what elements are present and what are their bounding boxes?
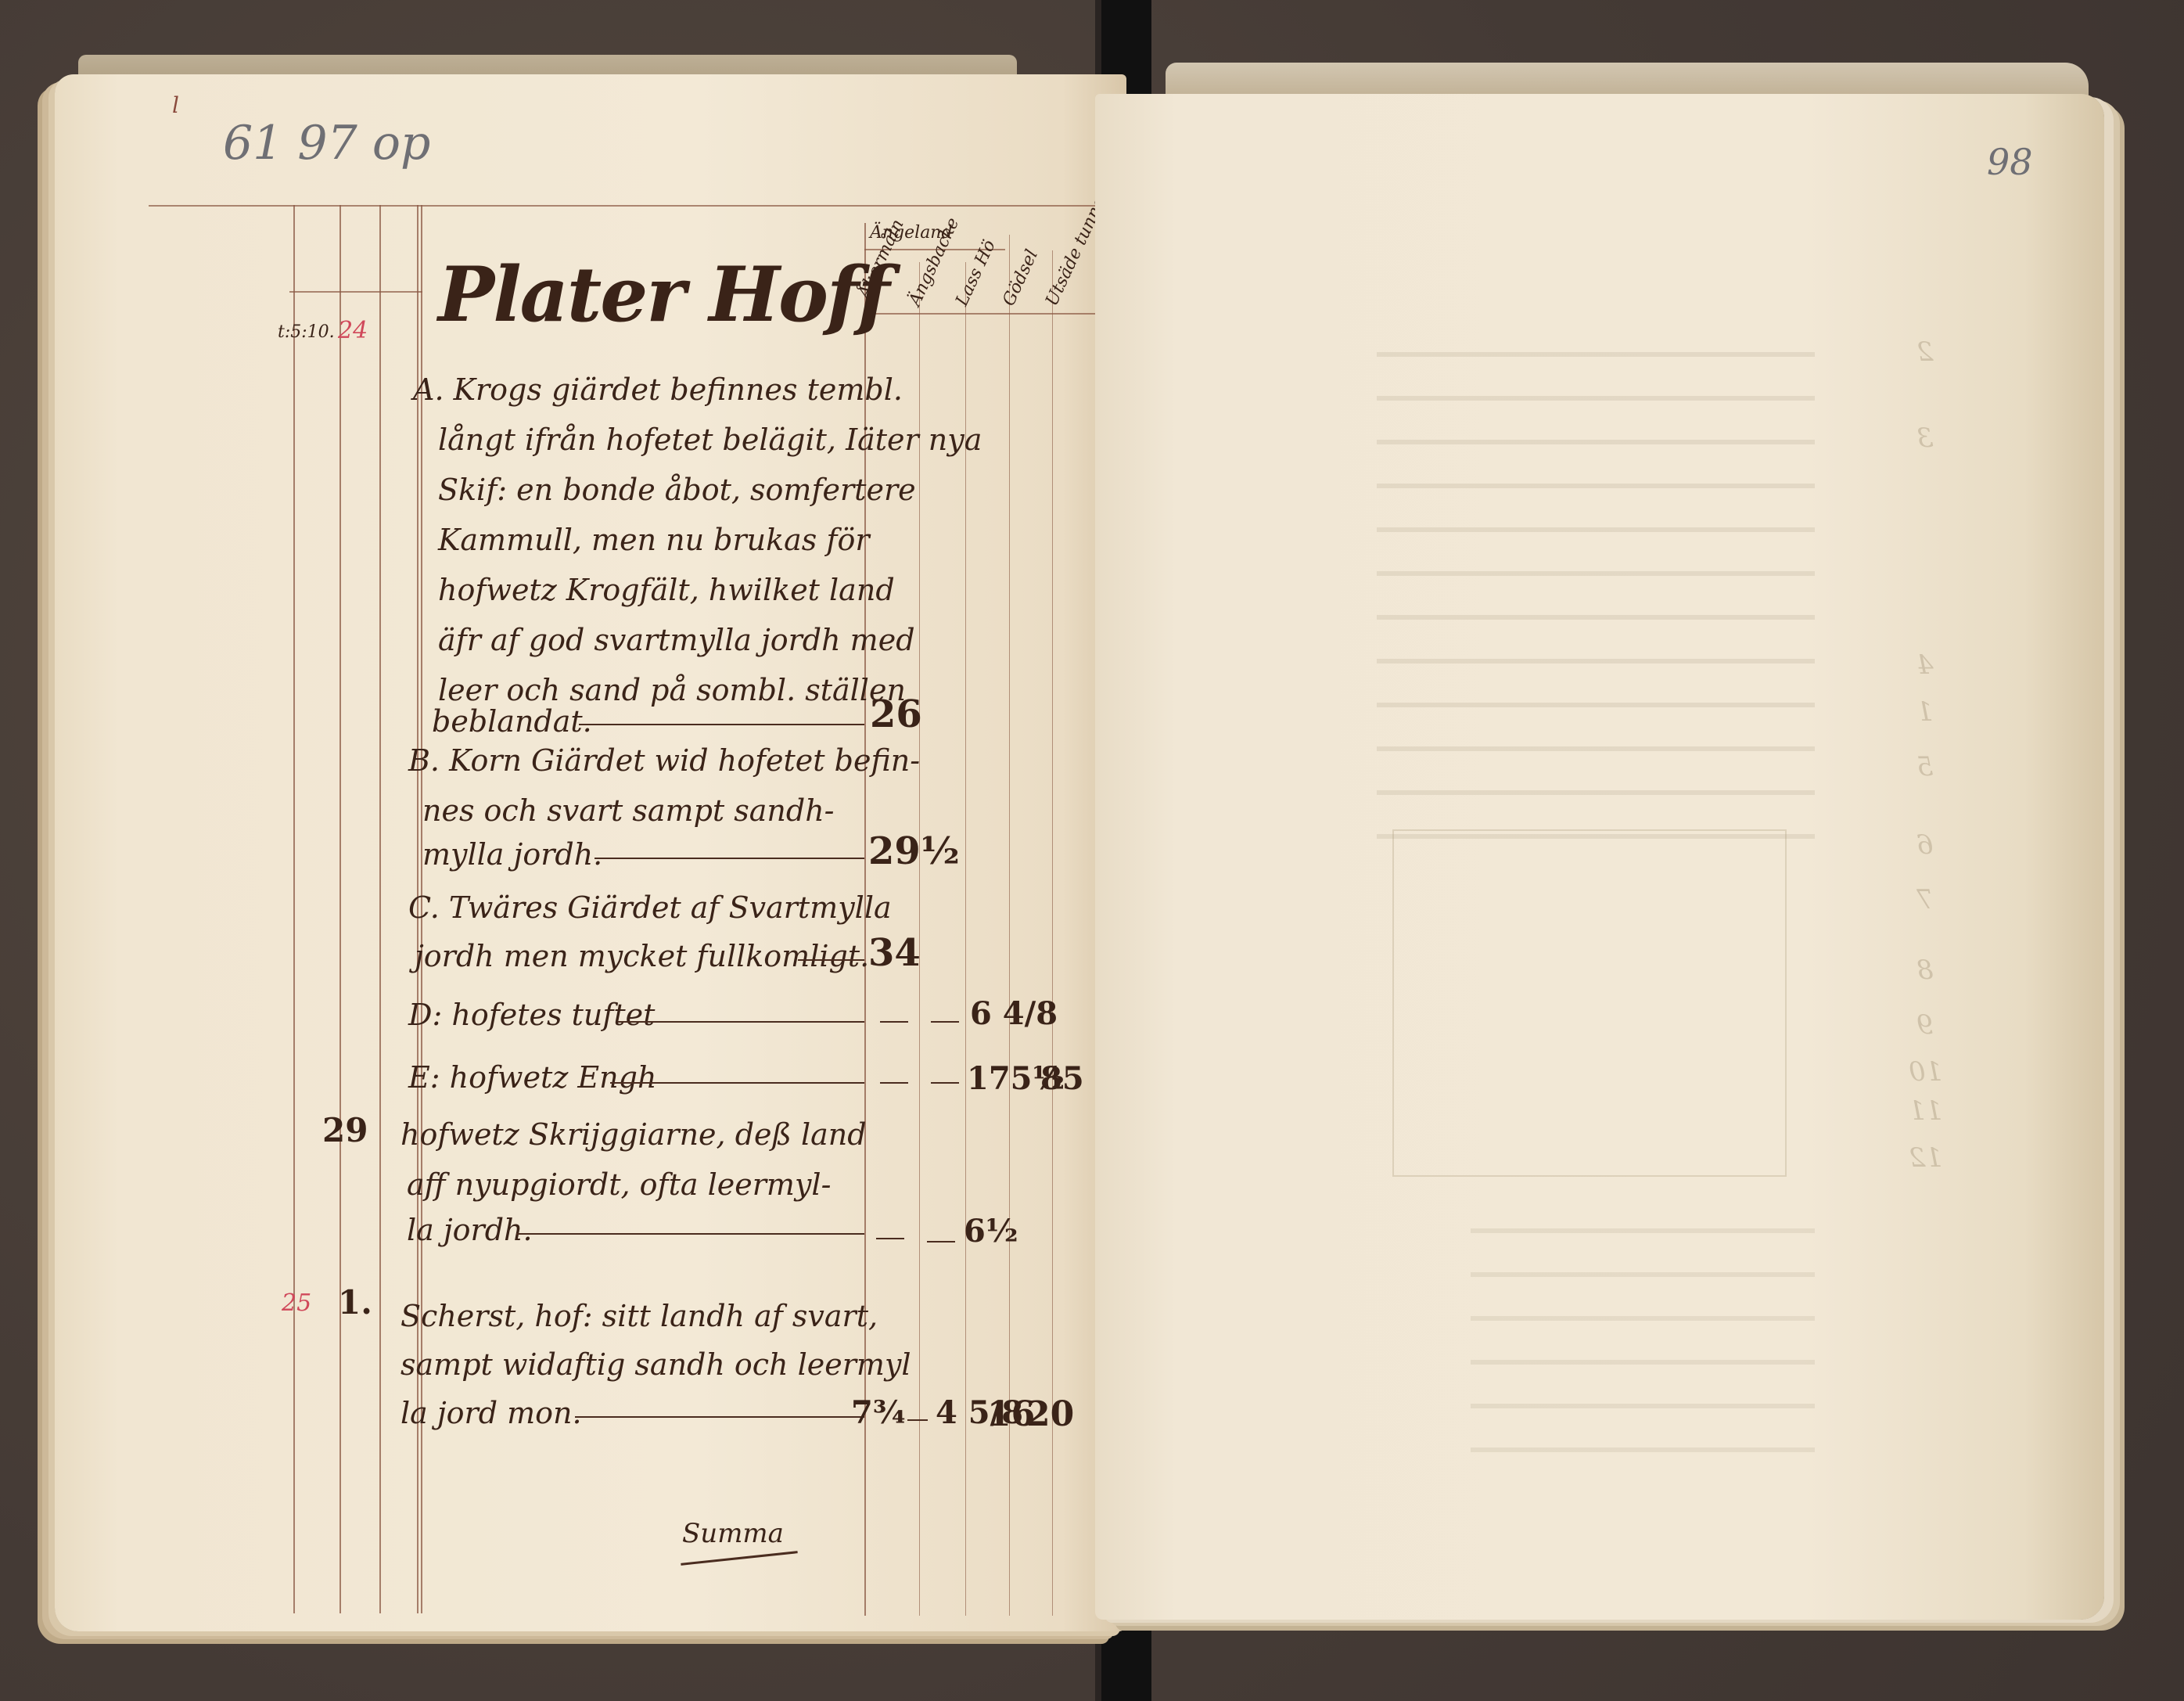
corner-mark: l	[172, 92, 179, 118]
leader-c	[798, 959, 864, 961]
dash-29-1	[876, 1238, 904, 1239]
bleed-number: 8	[1916, 955, 1934, 986]
bleed-number: 12	[1909, 1142, 1942, 1174]
page-title: Plater Hoff	[438, 250, 889, 339]
dash-29-2	[927, 1241, 955, 1242]
margin-ref-red-25: 25	[282, 1289, 311, 1317]
leader-e	[610, 1082, 864, 1084]
dash-e-1	[880, 1082, 908, 1084]
entry-c-line-2: jordh men mycket fullkomligt.	[415, 939, 869, 973]
ruling-header-bottom	[864, 313, 1099, 315]
entry-e-line-1: E: hofwetz Engh	[408, 1060, 656, 1095]
shelf-mark: 61 97 op	[223, 116, 430, 171]
entry-a-line-6: äfr af god svartmylla jordh med	[438, 623, 915, 657]
bleed-number: 6	[1916, 829, 1934, 861]
margin-ref-red: 24	[338, 317, 368, 344]
bleed-number: 2	[1916, 336, 1934, 368]
folio-number: 98	[1987, 141, 2033, 183]
bleed-number: 1	[1916, 696, 1934, 728]
leader-29	[516, 1233, 864, 1235]
entry-a-line-5: hofwetz Krogfält, hwilket land	[438, 573, 895, 607]
entry-d-line-1: D: hofetes tuftet	[408, 998, 655, 1032]
entry-a-line-3: Skif: en bonde åbot, somfertere	[438, 473, 916, 507]
leader-a	[579, 724, 864, 725]
bleed-number: 5	[1916, 751, 1934, 782]
entry-a-line-4: Kammull, men nu brukas för	[438, 523, 869, 557]
bleed-number: 7	[1916, 884, 1934, 915]
summa-label: Summa	[682, 1518, 784, 1549]
margin-no-29: 29	[322, 1111, 368, 1149]
entry-a-line-8: beblandat.	[432, 704, 592, 739]
bleed-writing-block-2	[1471, 1189, 1815, 1471]
entry-29-line-2: aff nyupgiordt, ofta leermyl-	[407, 1167, 831, 1202]
dash-d-1	[880, 1021, 908, 1023]
ruling-margin-1	[293, 205, 295, 1613]
dash-1-1	[907, 1419, 928, 1421]
entry-a-line-2: långt ifrån hofetet belägit, Iäter nya	[438, 423, 982, 457]
bleed-number: 3	[1916, 423, 1934, 454]
bleed-writing-block	[1377, 313, 1815, 845]
entry-1-line-1: Scherst, hof: sitt landh af svart,	[401, 1299, 878, 1333]
bleed-number: 10	[1909, 1056, 1942, 1088]
entry-b-line-1: B. Korn Giärdet wid hofetet befin-	[408, 743, 920, 778]
entry-b-line-3: mylla jordh.	[422, 837, 602, 872]
entry-a-line-7: leer och sand på sombl. ställen	[438, 673, 906, 707]
value-1-utsade: 20	[1026, 1394, 1074, 1434]
margin-ref: t:5:10.	[278, 322, 335, 342]
dash-d-2	[931, 1021, 959, 1023]
value-1-aker: 7¾	[851, 1394, 906, 1431]
bleed-number: 9	[1916, 1009, 1934, 1041]
value-e-godsel: 85	[1040, 1060, 1084, 1097]
ruling-top-margin	[289, 291, 422, 293]
ruling-margin-2	[339, 205, 341, 1613]
entry-a-line-1: A. Krogs giärdet befinnes tembl.	[413, 372, 903, 407]
entry-c-line-1: C. Twäres Giärdet af Svartmylla	[408, 890, 892, 925]
bleed-number: 4	[1916, 649, 1934, 681]
bleed-box	[1392, 829, 1787, 1177]
entry-29-line-3: la jordh.	[407, 1213, 533, 1247]
entry-1-line-2: sampt widaftig sandh och leermyl	[401, 1347, 911, 1382]
entry-b-line-2: nes och svart sampt sandh-	[422, 793, 835, 828]
entry-1-line-3: la jord mon.	[401, 1396, 582, 1430]
value-b-aker: 29½	[868, 829, 960, 873]
ruling-margin-3	[379, 205, 381, 1613]
value-c-aker: 34	[868, 931, 921, 975]
value-29-lass: 6½	[964, 1213, 1018, 1250]
value-d-lass: 6 4/8	[970, 995, 1058, 1032]
dash-e-2	[931, 1082, 959, 1084]
leader-1	[575, 1416, 864, 1418]
leader-d	[618, 1021, 864, 1023]
leader-b	[594, 858, 864, 859]
bleed-number: 11	[1909, 1095, 1942, 1127]
value-a-aker: 26	[870, 692, 922, 736]
entry-29-line-1: hofwetz Skrijggiarne, deß land	[401, 1117, 867, 1152]
margin-no-1: 1.	[338, 1283, 372, 1322]
